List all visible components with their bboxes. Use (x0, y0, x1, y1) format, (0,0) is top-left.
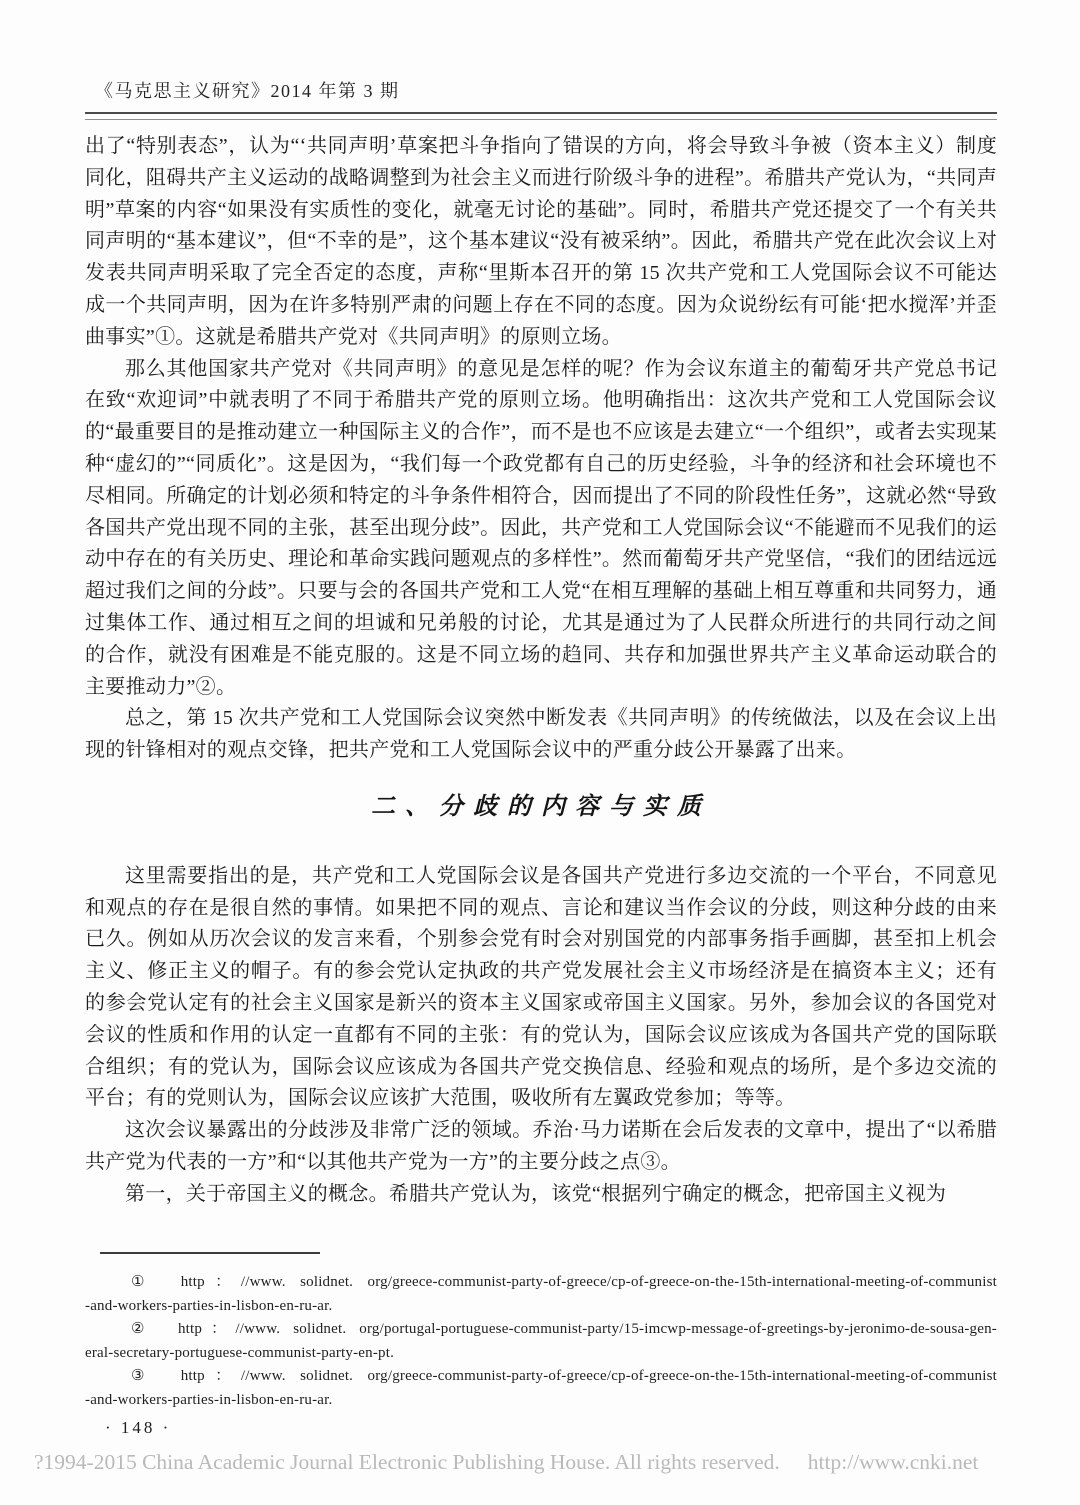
body-paragraph-4: 这里需要指出的是，共产党和工人党国际会议是各国共产党进行多边交流的一个平台，不同… (85, 861, 997, 1115)
body-paragraph-6: 第一，关于帝国主义的概念。希腊共产党认为，该党“根据列宁确定的概念，把帝国主义视… (85, 1179, 997, 1211)
body-paragraph-2: 那么其他国家共产党对《共同声明》的意见是怎样的呢？作为会议东道主的葡萄牙共产党总… (85, 354, 997, 704)
footnote-1-line-1: ① http：//www. solidnet. org/greece-commu… (85, 1271, 997, 1295)
header-divider (85, 112, 997, 120)
footnote-2-line-1: ② http：//www. solidnet. org/portugal-por… (85, 1318, 997, 1342)
footnotes: ① http：//www. solidnet. org/greece-commu… (85, 1271, 997, 1413)
footnote-2-line-2: eral-secretary-portuguese-communist-part… (85, 1342, 997, 1366)
copyright-text: ?1994-2015 China Academic Journal Electr… (34, 1450, 780, 1474)
footnote-1-line-2: -and-workers-parties-in-lisbon-en-ru-ar. (85, 1295, 997, 1319)
footnote-divider (100, 1252, 320, 1254)
page-number: · 148 · (105, 1418, 171, 1438)
body-paragraph-5: 这次会议暴露出的分歧涉及非常广泛的领域。乔治·马力诺斯在会后发表的文章中，提出了… (85, 1115, 997, 1179)
copyright-notice: ?1994-2015 China Academic Journal Electr… (34, 1450, 1054, 1475)
body-paragraph-1: 出了“特别表态”，认为“‘共同声明’草案把斗争指向了错误的方向，将会导致斗争被（… (85, 131, 997, 354)
footnote-3-line-1: ③ http：//www. solidnet. org/greece-commu… (85, 1365, 997, 1389)
cnki-url: http://www.cnki.net (808, 1450, 979, 1474)
footnote-3-line-2: -and-workers-parties-in-lisbon-en-ru-ar. (85, 1389, 997, 1413)
body-paragraph-3: 总之，第 15 次共产党和工人党国际会议突然中断发表《共同声明》的传统做法，以及… (85, 703, 997, 767)
article-body: 出了“特别表态”，认为“‘共同声明’草案把斗争指向了错误的方向，将会导致斗争被（… (85, 131, 997, 1211)
section-heading: 二、分歧的内容与实质 (85, 792, 997, 824)
journal-page: 《马克思主义研究》2014 年第 3 期 出了“特别表态”，认为“‘共同声明’草… (0, 0, 1080, 1505)
journal-issue-header: 《马克思主义研究》2014 年第 3 期 (95, 77, 400, 103)
